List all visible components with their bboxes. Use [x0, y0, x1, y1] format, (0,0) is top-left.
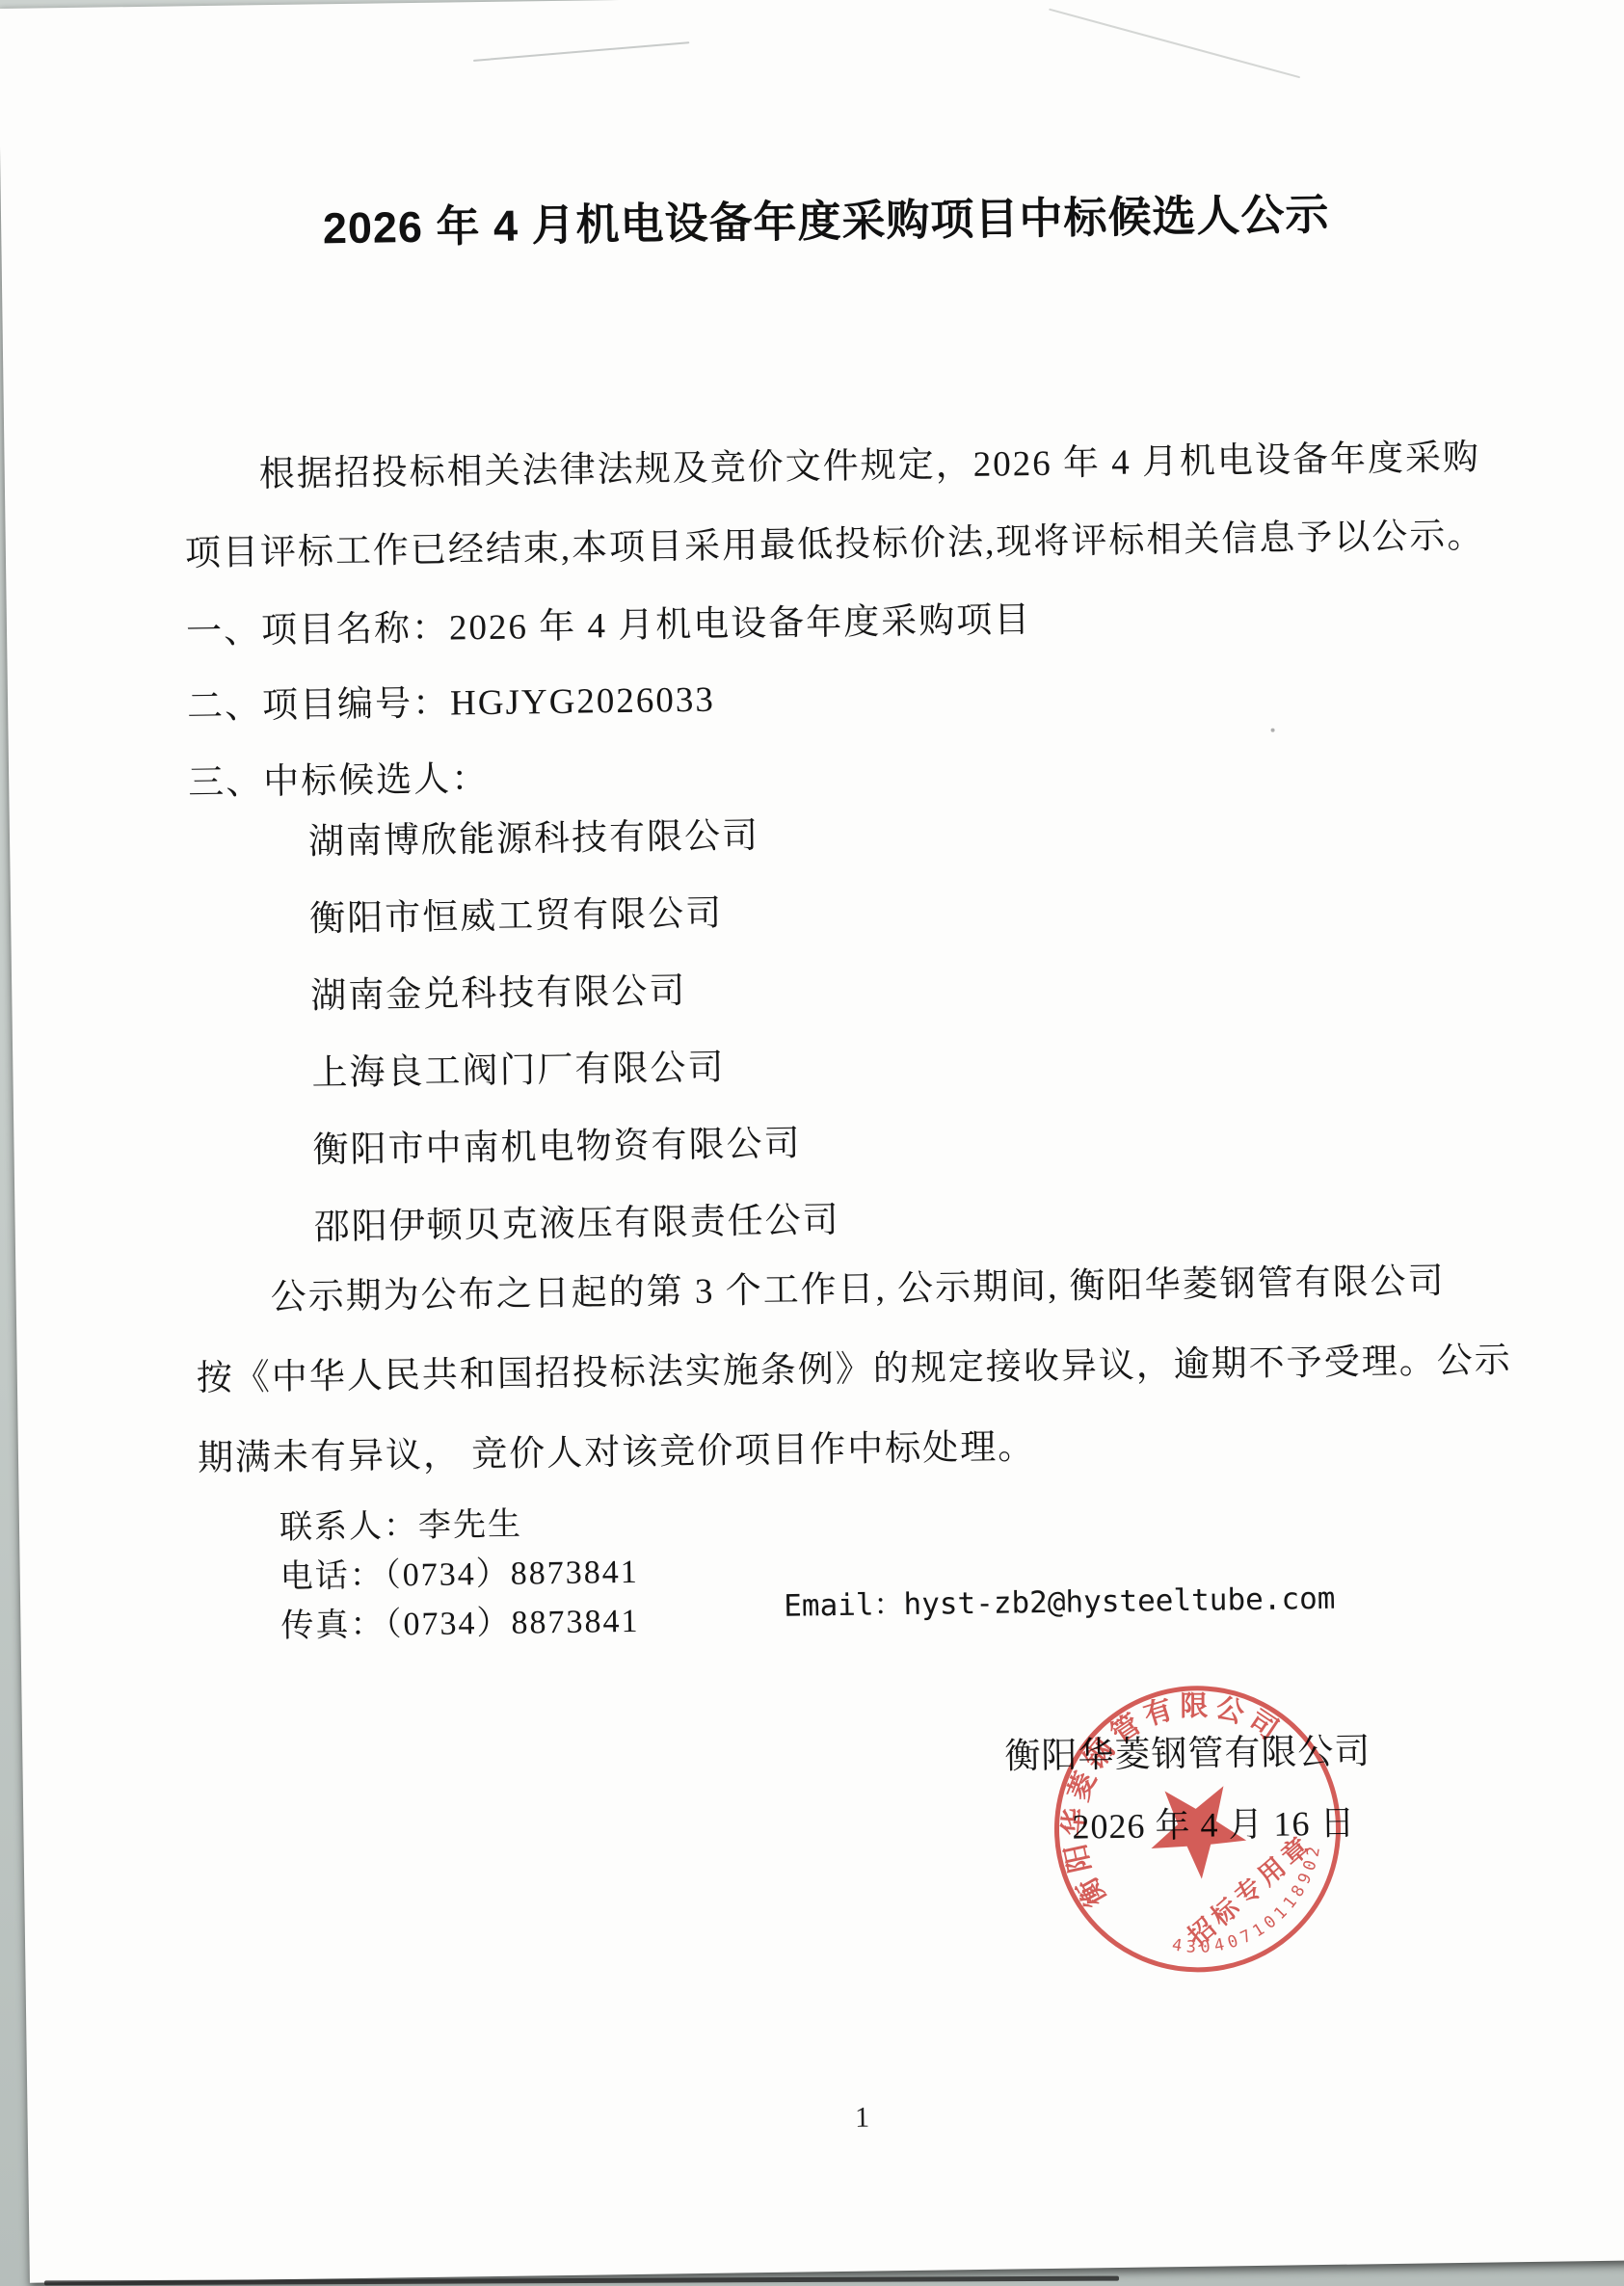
candidate-company: 湖南博欣能源科技有限公司 [308, 814, 760, 865]
item-project-name: 一、项目名称：2026 年 4 月机电设备年度采购项目 [186, 598, 1032, 654]
candidate-company: 上海良工阀门厂有限公司 [311, 1047, 726, 1097]
notice-line-1: 公示期为公布之日起的第 3 个工作日, 公示期间, 衡阳华菱钢管有限公司 [270, 1260, 1446, 1320]
contact-email: Email：hyst-zb2@hysteeltube.com [784, 1581, 1336, 1626]
scan-artifact-streak [1049, 9, 1300, 79]
page-title: 2026 年 4 月机电设备年度采购项目中标候选人公示 [180, 186, 1473, 258]
scan-artifact-streak [473, 41, 689, 62]
candidate-company: 邵阳伊顿贝克液压有限责任公司 [313, 1199, 840, 1251]
document-page: 2026 年 4 月机电设备年度采购项目中标候选人公示 根据招投标相关法律法规及… [0, 0, 1624, 2283]
notice-line-2: 按《中华人民共和国招投标法实施条例》的规定接收异议，逾期不予受理。公示 [197, 1339, 1513, 1401]
candidate-company: 衡阳市恒威工贸有限公司 [309, 892, 724, 943]
candidate-company: 湖南金兑科技有限公司 [310, 970, 687, 1020]
contact-phone: 电话：（0734）8873841 [280, 1553, 639, 1599]
intro-line-2: 项目评标工作已经结束,本项目采用最低投标价法,现将评标相关信息予以公示。 [185, 515, 1485, 577]
seal-graphic: 衡阳华菱钢管有限公司 招标专用章 43040710118902 [973, 1605, 1422, 2053]
page-number: 1 [804, 2101, 919, 2136]
scan-artifact-speck [1271, 729, 1275, 732]
company-seal-stamp: 衡阳华菱钢管有限公司 招标专用章 43040710118902 [973, 1605, 1422, 2053]
candidate-company: 衡阳市中南机电物资有限公司 [312, 1122, 802, 1173]
item-candidates-heading: 三、中标候选人： [188, 758, 490, 807]
seal-star-icon [1129, 1760, 1260, 1891]
contact-fax: 传真：（0734）8873841 [280, 1602, 640, 1648]
contact-person: 联系人：李先生 [280, 1505, 523, 1550]
intro-line-1: 根据招投标相关法律法规及竞价文件规定，2026 年 4 月机电设备年度采购 [258, 437, 1480, 498]
item-project-number: 二、项目编号：HGJYG2026033 [187, 678, 715, 731]
notice-line-3: 期满未有异议， 竞价人对该竞价项目作中标处理。 [198, 1425, 1036, 1481]
